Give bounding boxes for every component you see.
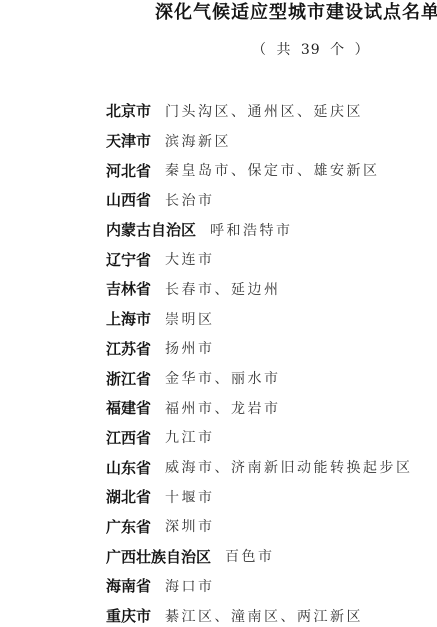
city-list: 长治市 (165, 190, 215, 210)
city-list: 长春市、延边州 (165, 279, 281, 299)
list-item: 吉林省 长春市、延边州 (106, 274, 413, 304)
list-item: 浙江省 金华市、丽水市 (106, 363, 413, 393)
list-item: 广东省 深圳市 (106, 512, 413, 542)
list-item: 山西省 长治市 (106, 185, 413, 215)
city-list: 百色市 (225, 546, 275, 566)
region-label: 浙江省 (106, 368, 151, 389)
list-item: 江苏省 扬州市 (106, 334, 413, 364)
list-item: 广西壮族自治区 百色市 (106, 541, 413, 571)
region-label: 山西省 (106, 189, 151, 210)
list-item: 重庆市 綦江区、潼南区、两江新区 (106, 601, 413, 627)
city-list: 威海市、济南新旧动能转换起步区 (165, 457, 413, 477)
region-label: 福建省 (106, 397, 151, 418)
pilot-city-list: 北京市 门头沟区、通州区、延庆区 天津市 滨海新区 河北省 秦皇岛市、保定市、雄… (106, 96, 413, 627)
region-label: 湖北省 (106, 486, 151, 507)
city-list: 滨海新区 (165, 131, 231, 151)
city-list: 扬州市 (165, 338, 215, 358)
list-item: 江西省 九江市 (106, 423, 413, 453)
city-list: 金华市、丽水市 (165, 368, 281, 388)
list-item: 河北省 秦皇岛市、保定市、雄安新区 (106, 155, 413, 185)
list-item: 上海市 崇明区 (106, 304, 413, 334)
document-title: 深化气候适应型城市建设试点名单 (155, 1, 437, 25)
region-label: 上海市 (106, 308, 151, 329)
region-label: 广东省 (106, 516, 151, 537)
list-item: 天津市 滨海新区 (106, 126, 413, 156)
region-label: 辽宁省 (106, 249, 151, 270)
region-label: 北京市 (106, 100, 151, 121)
city-list: 綦江区、潼南区、两江新区 (165, 606, 363, 626)
list-item: 内蒙古自治区 呼和浩特市 (106, 215, 413, 245)
region-label: 江苏省 (106, 338, 151, 359)
list-item: 福建省 福州市、龙岩市 (106, 393, 413, 423)
document-subtitle-count: （ 共 39 个 ） (252, 40, 370, 60)
list-item: 山东省 威海市、济南新旧动能转换起步区 (106, 452, 413, 482)
region-label: 河北省 (106, 160, 151, 181)
city-list: 大连市 (165, 249, 215, 269)
list-item: 海南省 海口市 (106, 571, 413, 601)
city-list: 门头沟区、通州区、延庆区 (165, 101, 363, 121)
region-label: 山东省 (106, 457, 151, 478)
city-list: 秦皇岛市、保定市、雄安新区 (165, 160, 380, 180)
region-label: 吉林省 (106, 278, 151, 299)
city-list: 福州市、龙岩市 (165, 398, 281, 418)
list-item: 北京市 门头沟区、通州区、延庆区 (106, 96, 413, 126)
region-label: 江西省 (106, 427, 151, 448)
city-list: 十堰市 (165, 487, 215, 507)
region-label: 广西壮族自治区 (106, 546, 211, 567)
region-label: 重庆市 (106, 605, 151, 626)
city-list: 海口市 (165, 576, 215, 596)
city-list: 深圳市 (165, 516, 215, 536)
list-item: 辽宁省 大连市 (106, 244, 413, 274)
list-item: 湖北省 十堰市 (106, 482, 413, 512)
city-list: 呼和浩特市 (210, 220, 293, 240)
region-label: 天津市 (106, 130, 151, 151)
region-label: 内蒙古自治区 (106, 219, 196, 240)
city-list: 崇明区 (165, 309, 215, 329)
region-label: 海南省 (106, 575, 151, 596)
city-list: 九江市 (165, 427, 215, 447)
